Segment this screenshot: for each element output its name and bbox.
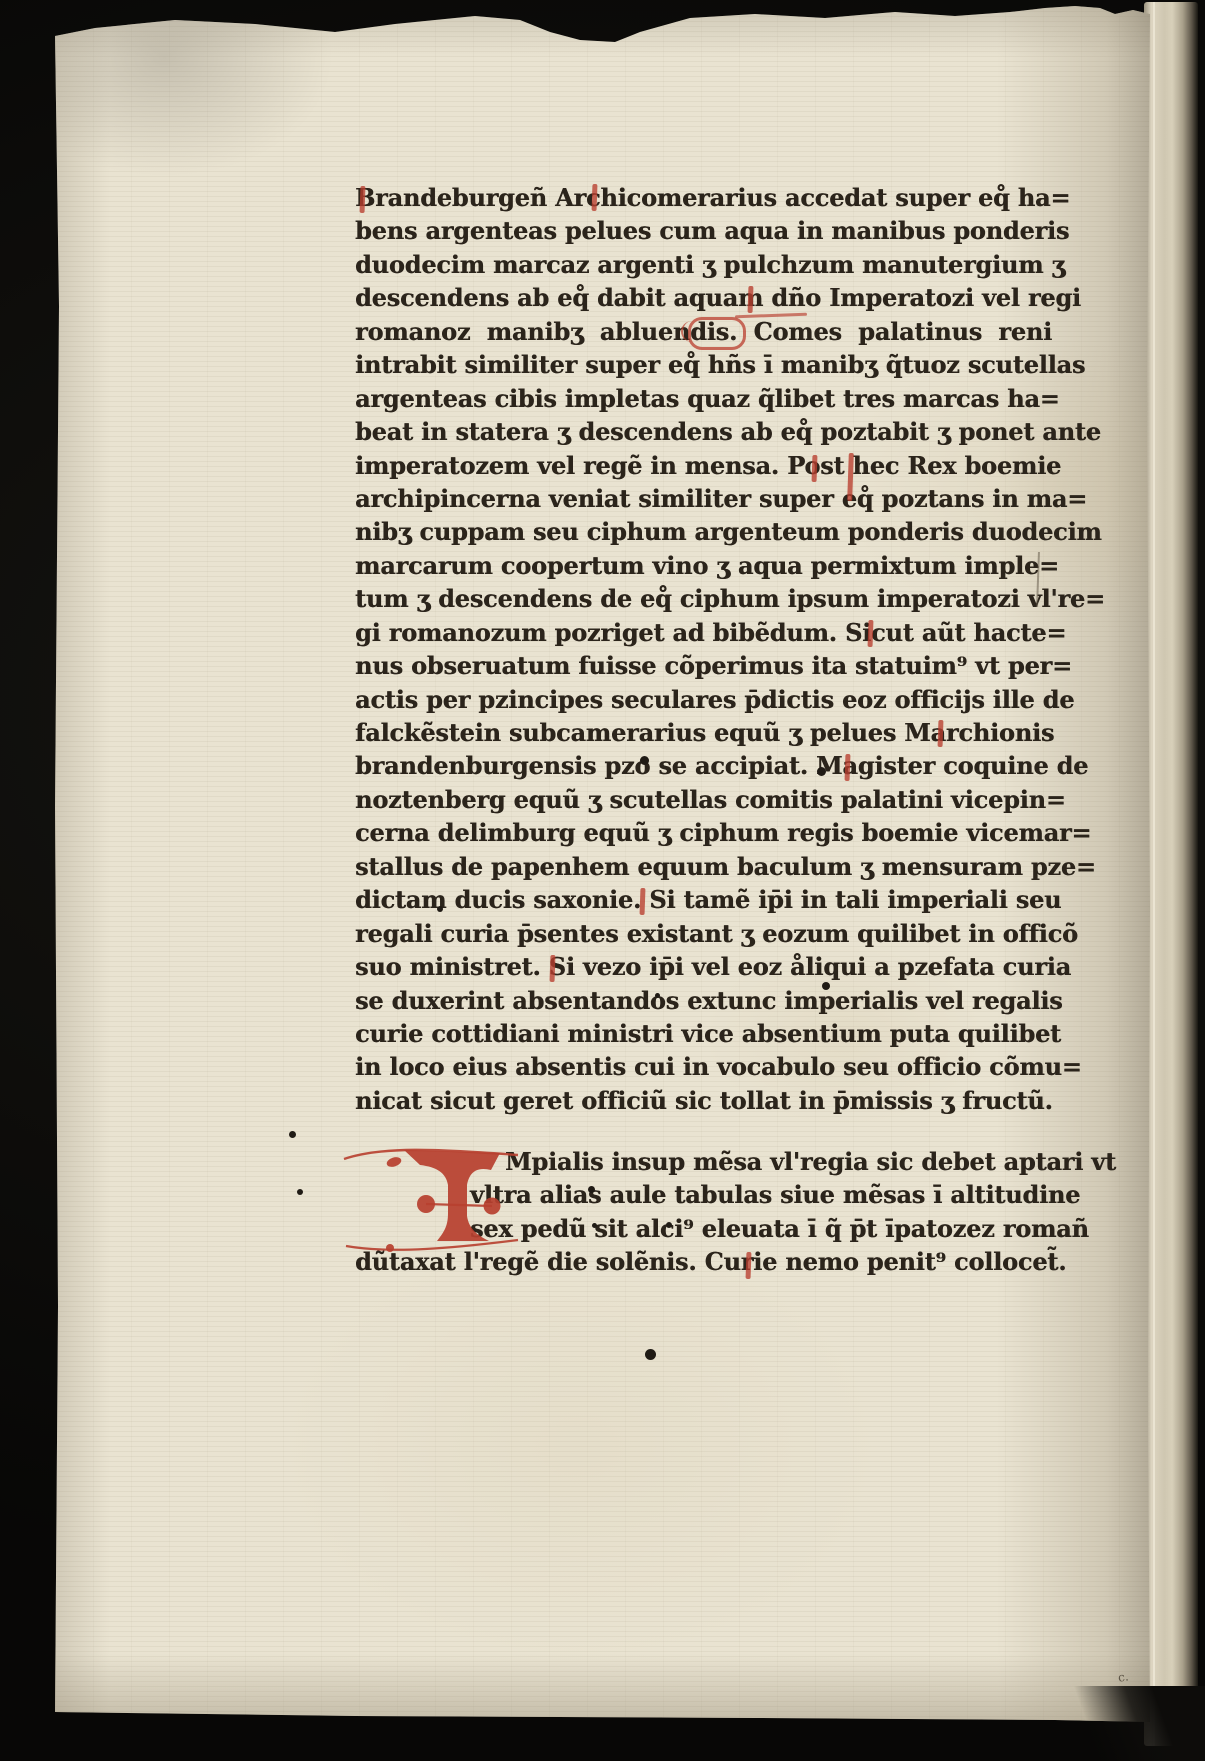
ink-spot xyxy=(655,993,660,998)
rubrication-stroke xyxy=(812,455,817,482)
text-line: argenteas cibis impletas quaz q̃libet tr… xyxy=(355,382,1052,415)
text-line: dictam ducis saxonie. Si tamẽ ip̄i in ta… xyxy=(355,883,1052,916)
ink-spot xyxy=(817,767,826,776)
text-line: in loco eius absentis cui in vocabulo se… xyxy=(355,1050,1052,1083)
ink-spot xyxy=(592,1223,597,1228)
text-line: suo ministret. Si vezo ip̄i vel eoz åliq… xyxy=(355,950,1052,983)
ink-spot xyxy=(588,1186,595,1193)
lombard-initial-art xyxy=(342,1129,522,1261)
text-line: duodecim marcaz argenti ʒ pulchzum manut… xyxy=(355,248,1052,281)
rubrication-stroke xyxy=(640,888,645,915)
ink-spot xyxy=(640,756,649,765)
ink-spot xyxy=(297,1189,303,1195)
rubrication-stroke xyxy=(868,620,873,647)
text-line: descendens ab eq̊ dabit aquam dño Impera… xyxy=(355,281,1052,314)
text-line: brandenburgensis pzo se accipiat. Magist… xyxy=(355,749,1052,782)
book-fore-edge xyxy=(1144,2,1198,1746)
text-line: Brandeburgeñ Archicomerarius accedat sup… xyxy=(355,181,1052,214)
text-line: stallus de papenhem equum baculum ʒ mens… xyxy=(355,850,1052,883)
rubrication-stroke xyxy=(592,184,597,211)
incunabulum-scan: { "page": { "kind": "incunabulum-leaf", … xyxy=(0,0,1205,1761)
paragraph-mark xyxy=(688,317,746,350)
rubrication-stroke xyxy=(550,955,555,982)
corner-shadow xyxy=(1020,1686,1205,1761)
text-line: se duxerint absentandos extunc imperiali… xyxy=(355,984,1052,1017)
text-line: tum ʒ descendens de eq̊ ciphum ipsum imp… xyxy=(355,582,1052,615)
text-line: regali curia p̄sentes existant ʒ eozum q… xyxy=(355,917,1052,950)
text-line: beat in statera ʒ descendens ab eq̊ pozt… xyxy=(355,415,1052,448)
text-line: imperatozem vel regẽ in mensa. Post hec … xyxy=(355,449,1052,482)
text-line: noztenberg equũ ʒ scutellas comitis pala… xyxy=(355,783,1052,816)
rubricated-initial-I: I xyxy=(342,1129,522,1261)
text-line: cerna delimburg equũ ʒ ciphum regis boem… xyxy=(355,816,1052,849)
text-line: nibʒ cuppam seu ciphum argenteum ponderi… xyxy=(355,515,1052,548)
ink-spot xyxy=(645,1349,656,1360)
page-surface: Brandeburgeñ Archicomerarius accedat sup… xyxy=(55,6,1150,1722)
text-line: nicat sicut geret officiũ sic tollat in … xyxy=(355,1084,1052,1117)
corner-annotation: c. xyxy=(1117,1669,1129,1684)
rubrication-stroke xyxy=(748,286,753,313)
text-line: curie cottidiani ministri vice absentium… xyxy=(355,1017,1052,1050)
rubrication-stroke xyxy=(845,754,850,781)
text-line: gi romanozum pozriget ad bibẽdum. Sicut … xyxy=(355,616,1052,649)
text-line: archipincerna veniat similiter super eq̊… xyxy=(355,482,1052,515)
text-line: marcarum coopertum vino ʒ aqua permixtum… xyxy=(355,549,1052,582)
ink-spot xyxy=(437,906,443,912)
text-line: intrabit similiter super eq̊ hñs ī manib… xyxy=(355,348,1052,381)
rubrication-stroke xyxy=(360,186,365,213)
text-line: bens argenteas pelues cum aqua in manibu… xyxy=(355,214,1052,247)
text-line: nus obseruatum fuisse cõperimus ita stat… xyxy=(355,649,1052,682)
ink-spot xyxy=(822,982,830,990)
ink-spot xyxy=(289,1131,296,1138)
ink-spot xyxy=(666,1222,672,1228)
text-line: actis per pzincipes seculares p̄dictis e… xyxy=(355,683,1052,716)
rubrication-stroke xyxy=(938,720,943,747)
text-line: falckẽstein subcamerarius equũ ʒ pelues … xyxy=(355,716,1052,749)
rubrication-stroke xyxy=(746,1252,751,1279)
